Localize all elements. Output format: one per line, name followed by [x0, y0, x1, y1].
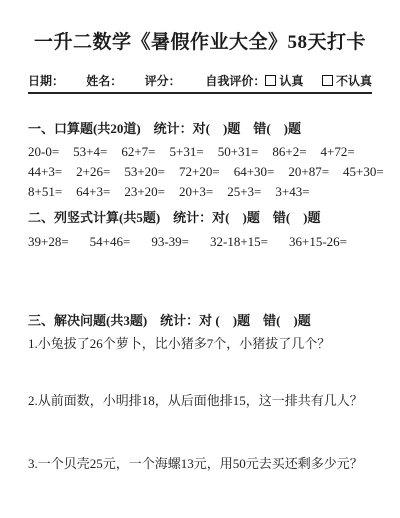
section2-heading: 二、列竖式计算(共5题) 统计：对( )题 错( )题 — [28, 207, 372, 226]
oral-problem: 8+51= — [28, 182, 62, 202]
oral-problem: 72+20= — [179, 162, 220, 182]
oral-problem: 50+31= — [218, 142, 259, 162]
oral-problem: 20+3= — [179, 182, 213, 202]
column-problem: 54+46= — [90, 232, 131, 252]
checkbox-serious-icon — [265, 75, 276, 86]
word-problem-3: 3.一个贝壳25元，一个海螺13元，用50元去买还剩多少元？ — [28, 455, 372, 472]
oral-problem: 5+31= — [170, 142, 204, 162]
column-problem: 32-18+15= — [210, 232, 268, 252]
section3-heading: 三、解决问题(共3题) 统计：对 ( )题 错( )题 — [28, 310, 372, 329]
oral-problem: 44+3= — [28, 162, 62, 182]
name-label: 姓名： — [86, 72, 122, 89]
oral-row-1: 20-0= 53+4= 62+7= 5+31= 50+31= 86+2= 4+7… — [28, 142, 372, 162]
worksheet-page: 一升二数学《暑假作业大全》58天打卡 日期： 姓名： 评分： 自我评价： 认真 … — [0, 0, 400, 518]
info-bar: 日期： 姓名： 评分： 自我评价： 认真 不认真 — [28, 72, 372, 94]
word-problem-2: 2.从前面数，小明排18，从后面他排15，这一排共有几人？ — [28, 392, 372, 409]
word-problem-1: 1.小兔拔了26个萝卜，比小猪多7个，小猪拔了几个？ — [28, 335, 372, 352]
oral-problem: 3+43= — [275, 182, 309, 202]
oral-problem: 4+72= — [321, 142, 355, 162]
oral-problem: 2+26= — [76, 162, 110, 182]
date-label: 日期： — [28, 72, 64, 89]
oral-problem: 53+4= — [73, 142, 107, 162]
oral-problem: 86+2= — [272, 142, 306, 162]
self-eval-label: 自我评价： — [205, 72, 265, 89]
score-label: 评分： — [145, 72, 181, 89]
serious-option: 认真 — [265, 72, 303, 89]
serious-label: 认真 — [279, 72, 303, 89]
column-problem: 93-39= — [151, 232, 189, 252]
not-serious-label: 不认真 — [336, 72, 372, 89]
column-problem: 39+28= — [28, 232, 69, 252]
oral-problem: 23+20= — [124, 182, 165, 202]
column-calc-row: 39+28= 54+46= 93-39= 32-18+15= 36+15-26= — [28, 232, 372, 252]
not-serious-option: 不认真 — [322, 72, 372, 89]
section1-heading: 一、口算题(共20道) 统计：对( )题 错( )题 — [28, 118, 372, 137]
oral-row-3: 8+51= 64+3= 23+20= 20+3= 25+3= 3+43= — [28, 182, 372, 202]
page-title: 一升二数学《暑假作业大全》58天打卡 — [28, 30, 372, 56]
oral-problem: 64+30= — [234, 162, 275, 182]
oral-problem: 45+30= — [343, 162, 384, 182]
oral-problem: 20-0= — [28, 142, 59, 162]
oral-problem: 62+7= — [121, 142, 155, 162]
oral-problem: 53+20= — [124, 162, 165, 182]
oral-problem: 64+3= — [76, 182, 110, 202]
oral-problem: 25+3= — [227, 182, 261, 202]
oral-problem: 20+87= — [288, 162, 329, 182]
checkbox-not-serious-icon — [322, 75, 333, 86]
column-problem: 36+15-26= — [289, 232, 347, 252]
oral-row-2: 44+3= 2+26= 53+20= 72+20= 64+30= 20+87= … — [28, 162, 372, 182]
